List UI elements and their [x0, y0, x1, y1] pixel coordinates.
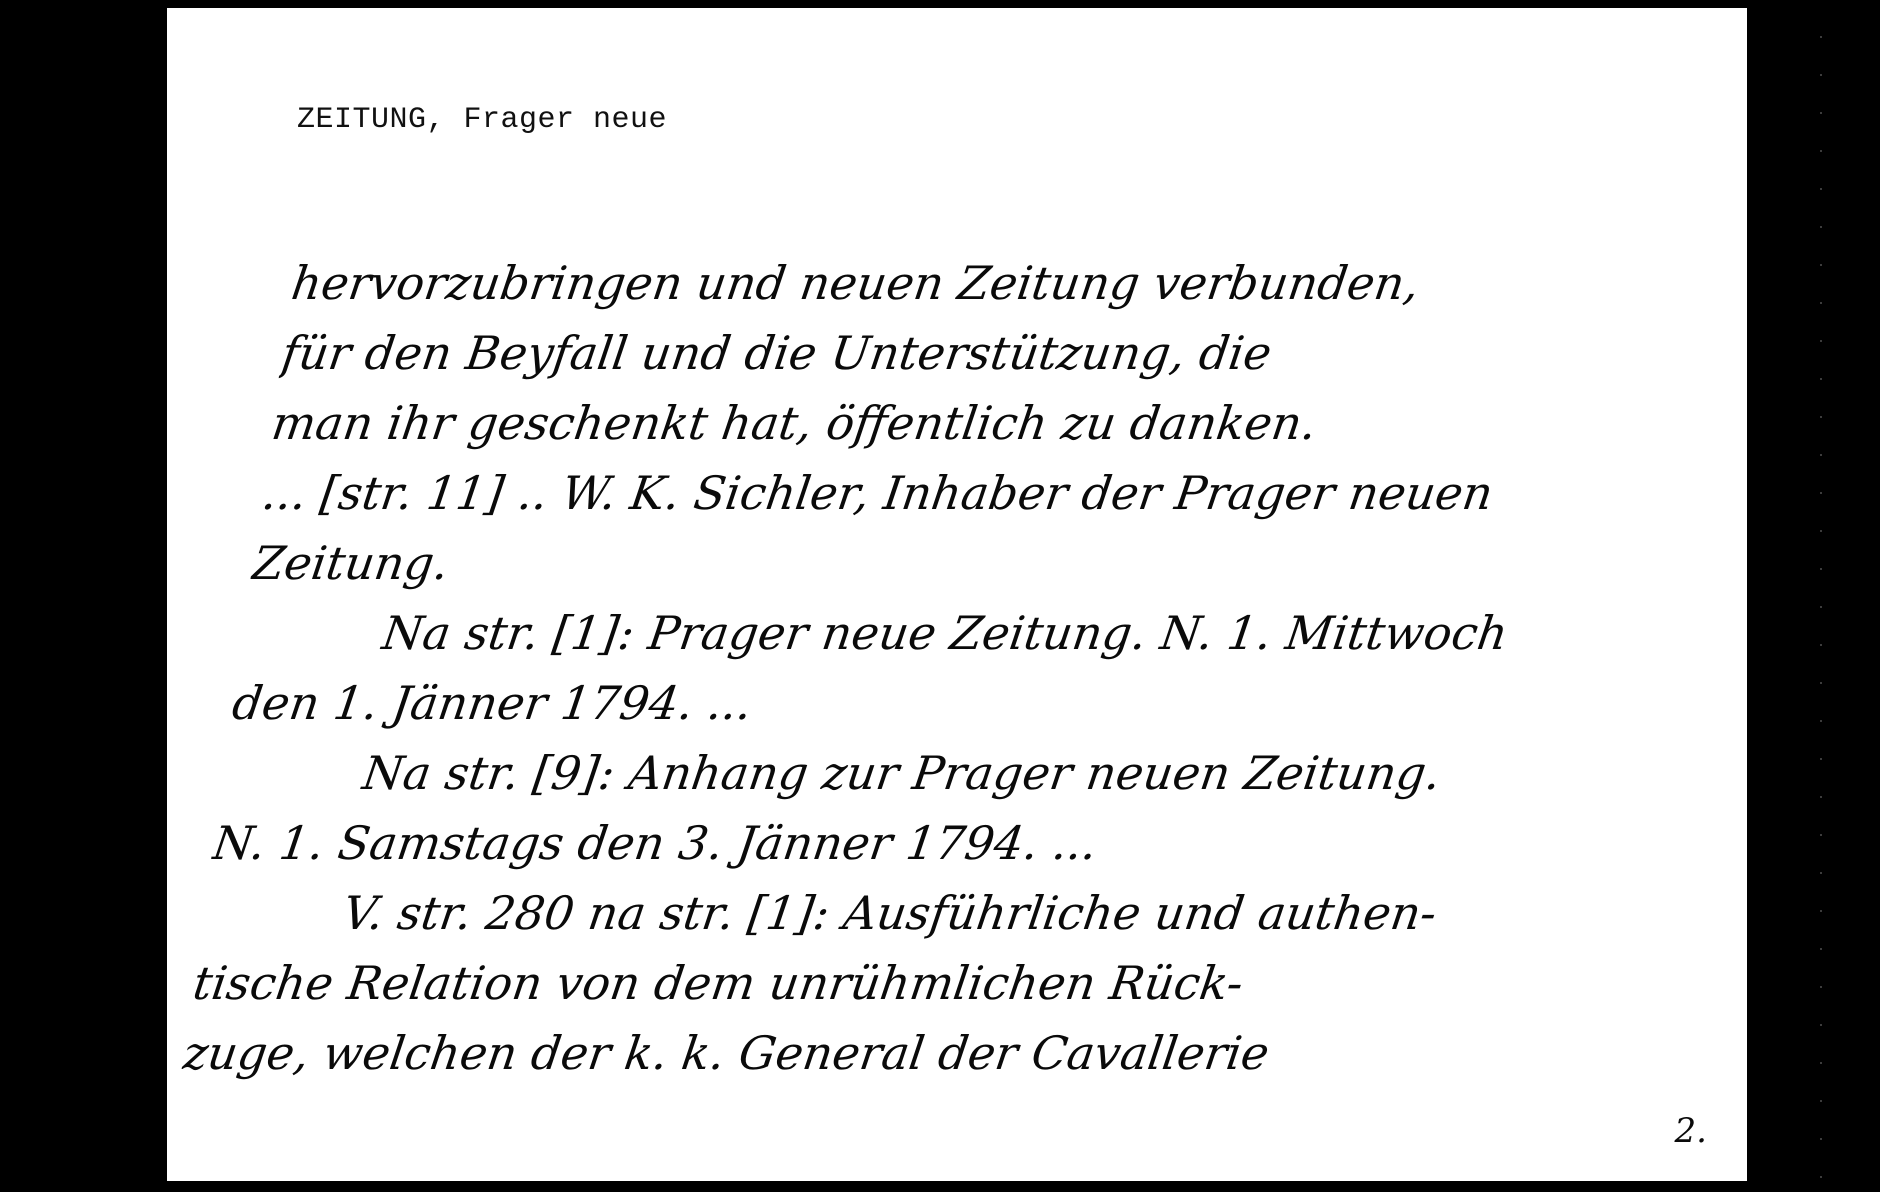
page-number: 2. — [1675, 1111, 1707, 1151]
handwritten-line: ... [str. 11] .. W. K. Sichler, Inhaber … — [258, 458, 1708, 528]
handwritten-line: zuge, welchen der k. k. General der Cava… — [179, 1018, 1629, 1088]
handwritten-line: tische Relation von dem unrühmlichen Rüc… — [189, 948, 1639, 1018]
handwritten-line: man ihr geschenkt hat, öffentlich zu dan… — [267, 388, 1717, 458]
handwritten-line: für den Beyfall und die Unterstützung, d… — [277, 318, 1727, 388]
index-card: ZEITUNG, Frager neue hervorzubringen und… — [167, 8, 1747, 1181]
handwritten-line: Na str. [1]: Prager neue Zeitung. N. 1. … — [238, 598, 1688, 668]
handwritten-line: den 1. Jänner 1794. ... — [228, 668, 1678, 738]
handwritten-line: hervorzubringen und neuen Zeitung verbun… — [287, 248, 1737, 318]
handwritten-line: Na str. [9]: Anhang zur Prager neuen Zei… — [218, 738, 1668, 808]
scan-artifact-line — [1820, 0, 1822, 1192]
handwritten-line: N. 1. Samstags den 3. Jänner 1794. ... — [208, 808, 1658, 878]
card-heading: ZEITUNG, Frager neue — [297, 103, 667, 137]
handwritten-text: hervorzubringen und neuen Zeitung verbun… — [179, 248, 1737, 1088]
handwritten-line: Zeitung. — [248, 528, 1698, 598]
handwritten-line: V. str. 280 na str. [1]: Ausführliche un… — [199, 878, 1649, 948]
